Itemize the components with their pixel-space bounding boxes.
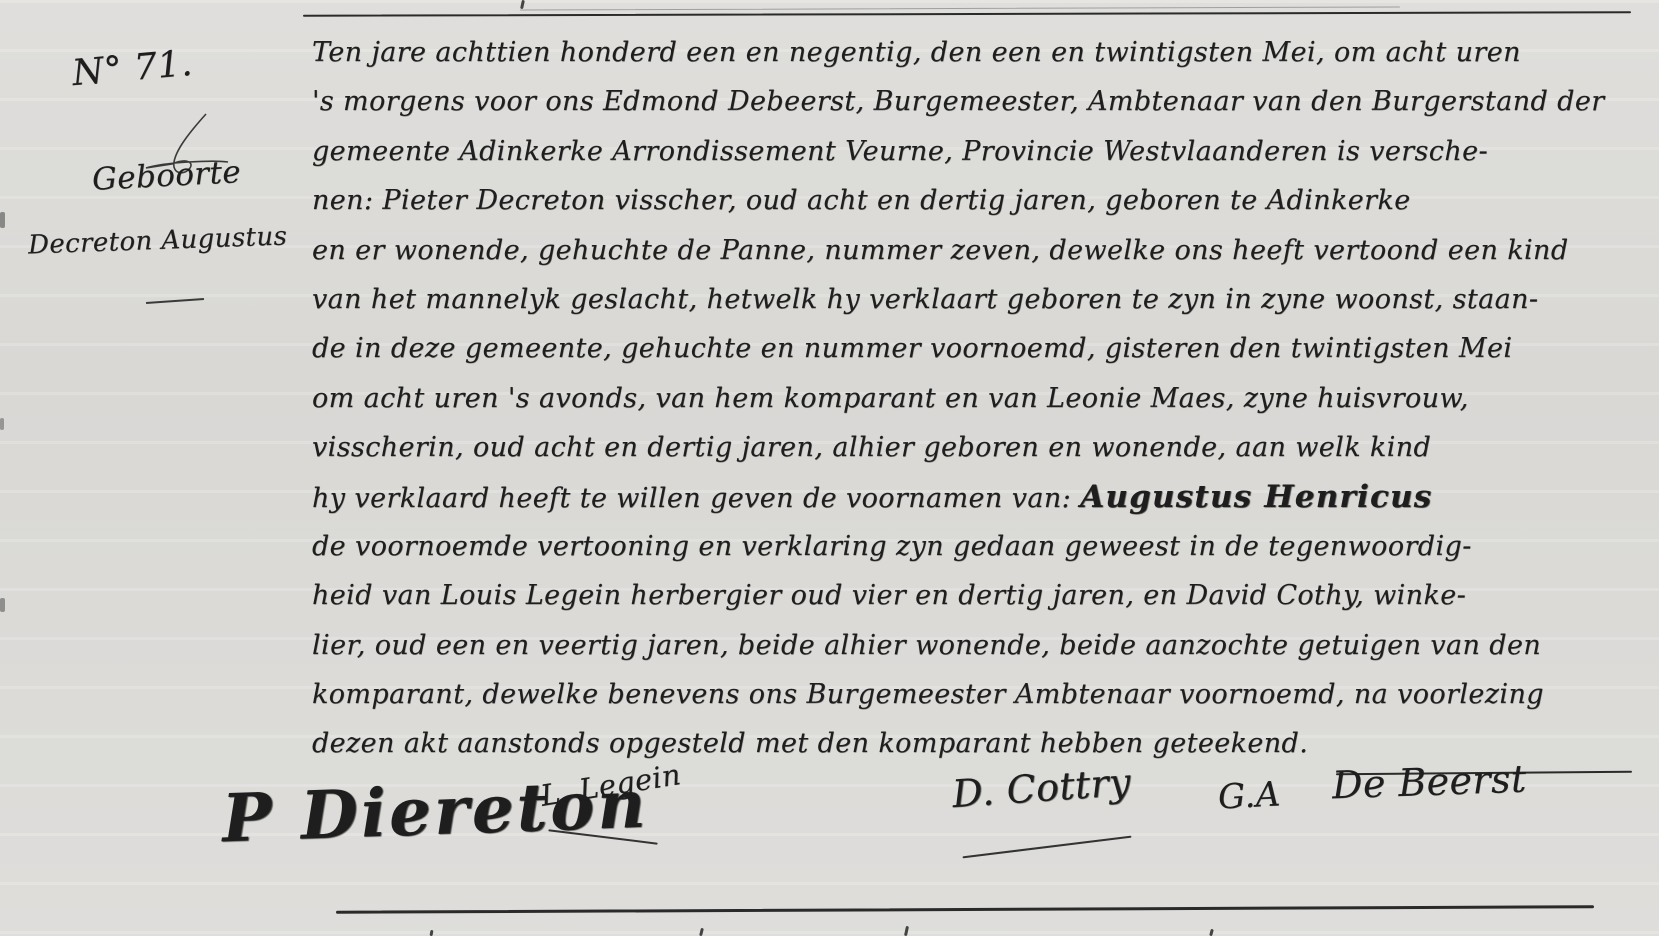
signature-paraph: G.A bbox=[1217, 774, 1282, 817]
body-line: lier, oud een en veertig jaren, beide al… bbox=[312, 621, 1642, 670]
top-separator-rule bbox=[303, 11, 1631, 16]
scan-artifact bbox=[520, 0, 525, 9]
body-line: heid van Louis Legein herbergier oud vie… bbox=[312, 571, 1642, 620]
scan-artifact bbox=[0, 598, 5, 612]
name-line-prefix: hy verklaard heeft te willen geven de vo… bbox=[312, 483, 1080, 514]
scan-artifact bbox=[699, 928, 704, 936]
body-line: en er wonende, gehuchte de Panne, nummer… bbox=[312, 226, 1642, 275]
scan-artifact bbox=[430, 930, 434, 936]
act-number: N° 71. bbox=[70, 43, 194, 94]
scan-artifact bbox=[0, 418, 4, 430]
body-line: nen: Pieter Decreton visscher, oud acht … bbox=[312, 176, 1642, 225]
act-type-label: Geboorte bbox=[91, 154, 242, 198]
body-line-child-name: hy verklaard heeft te willen geven de vo… bbox=[312, 473, 1642, 522]
bottom-separator-rule bbox=[336, 905, 1594, 913]
scan-artifact bbox=[904, 926, 909, 936]
signature-swash bbox=[963, 836, 1132, 859]
scanned-birth-act-page: N° 71. Geboorte Decreton Augustus Ten ja… bbox=[0, 0, 1659, 936]
act-person-name: Decreton Augustus bbox=[28, 221, 288, 260]
margin-dash bbox=[146, 298, 204, 304]
body-line: visscherin, oud acht en dertig jaren, al… bbox=[312, 423, 1642, 472]
child-given-names: Augustus Henricus bbox=[1080, 479, 1432, 515]
top-separator-rule-echo bbox=[520, 6, 1400, 10]
body-line: de in deze gemeente, gehuchte en nummer … bbox=[312, 324, 1642, 373]
scan-artifact bbox=[1209, 929, 1214, 936]
scan-artifact bbox=[0, 212, 5, 228]
act-body: Ten jare achttien honderd een en negenti… bbox=[312, 28, 1642, 769]
body-line: 's morgens voor ons Edmond Debeerst, Bur… bbox=[312, 77, 1642, 126]
body-line: Ten jare achttien honderd een en negenti… bbox=[312, 28, 1642, 77]
body-line: om acht uren 's avonds, van hem komparan… bbox=[312, 374, 1642, 423]
body-line: gemeente Adinkerke Arrondissement Veurne… bbox=[312, 127, 1642, 176]
body-line: komparant, dewelke benevens ons Burgemee… bbox=[312, 670, 1642, 719]
body-line: de voornoemde vertooning en verklaring z… bbox=[312, 522, 1642, 571]
signature-officer-debeerst: De Beerst bbox=[1331, 757, 1527, 808]
body-line: van het mannelyk geslacht, hetwelk hy ve… bbox=[312, 275, 1642, 324]
